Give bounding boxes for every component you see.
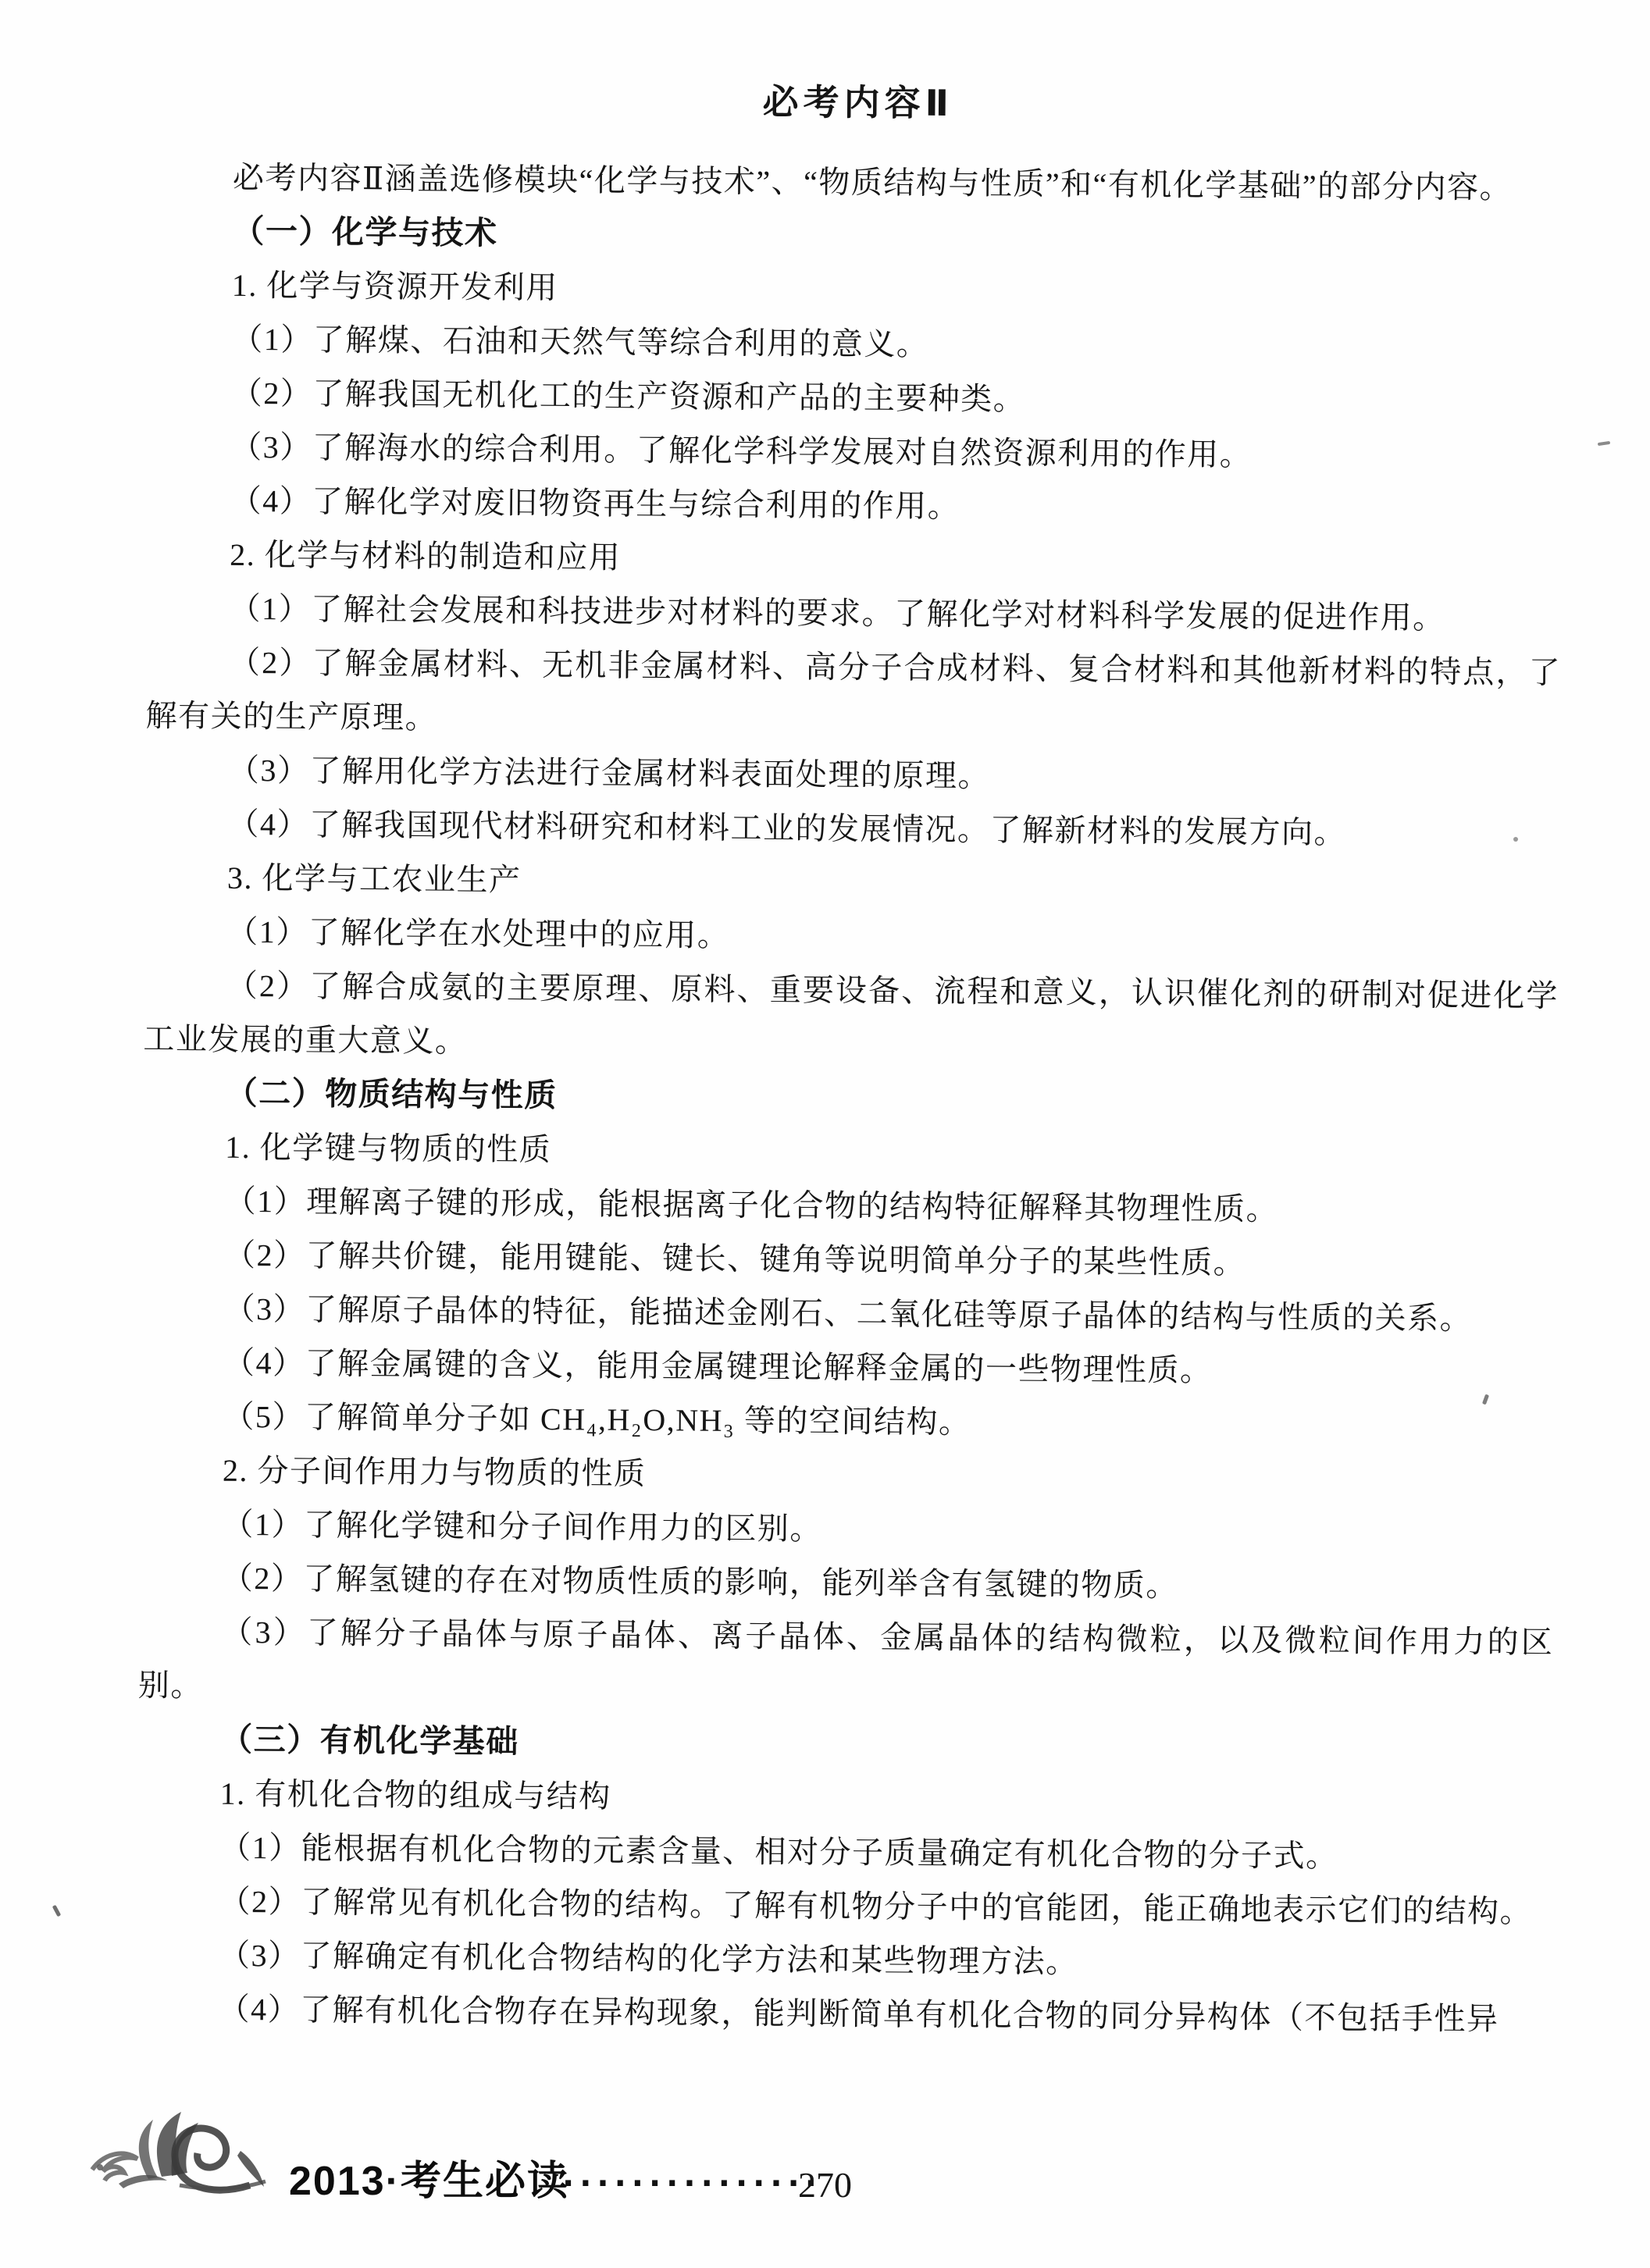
flourish-ornament [87, 2110, 290, 2197]
footer-dots-leader: ··············· [562, 2166, 822, 2202]
scan-speck [52, 1905, 61, 1917]
scanned-document-page: 必考内容Ⅱ 必考内容Ⅱ涵盖选修模块“化学与技术”、“物质结构与性质”和“有机化学… [0, 0, 1650, 2268]
syllabus-item: （2）了解合成氨的主要原理、原料、重要设备、流程和意义，认识催化剂的研制对促进化… [143, 958, 1559, 1077]
page-footer: 2013·考生必读 ··············· 270 [0, 2100, 1650, 2268]
footer-brand: 2013·考生必读 [289, 2161, 569, 2202]
scan-speck [1513, 837, 1518, 842]
syllabus-item-truncated: （4）了解有机化合物存在异构现象，能判断简单有机化合物的同分异构体（不包括手性异 [135, 1981, 1550, 2046]
page-number: 270 [798, 2167, 852, 2203]
document-body: 必考内容Ⅱ 必考内容Ⅱ涵盖选修模块“化学与技术”、“物质结构与性质”和“有机化学… [135, 77, 1566, 2046]
scan-speck [1598, 441, 1610, 446]
page-title: 必考内容Ⅱ [151, 77, 1566, 128]
syllabus-item: （3）了解分子晶体与原子晶体、离子晶体、金属晶体的结构微粒，以及微粒间作用力的区… [138, 1604, 1554, 1723]
syllabus-item: （2）了解金属材料、无机非金属材料、高分子合成材料、复合材料和其他新材料的特点，… [145, 635, 1561, 753]
